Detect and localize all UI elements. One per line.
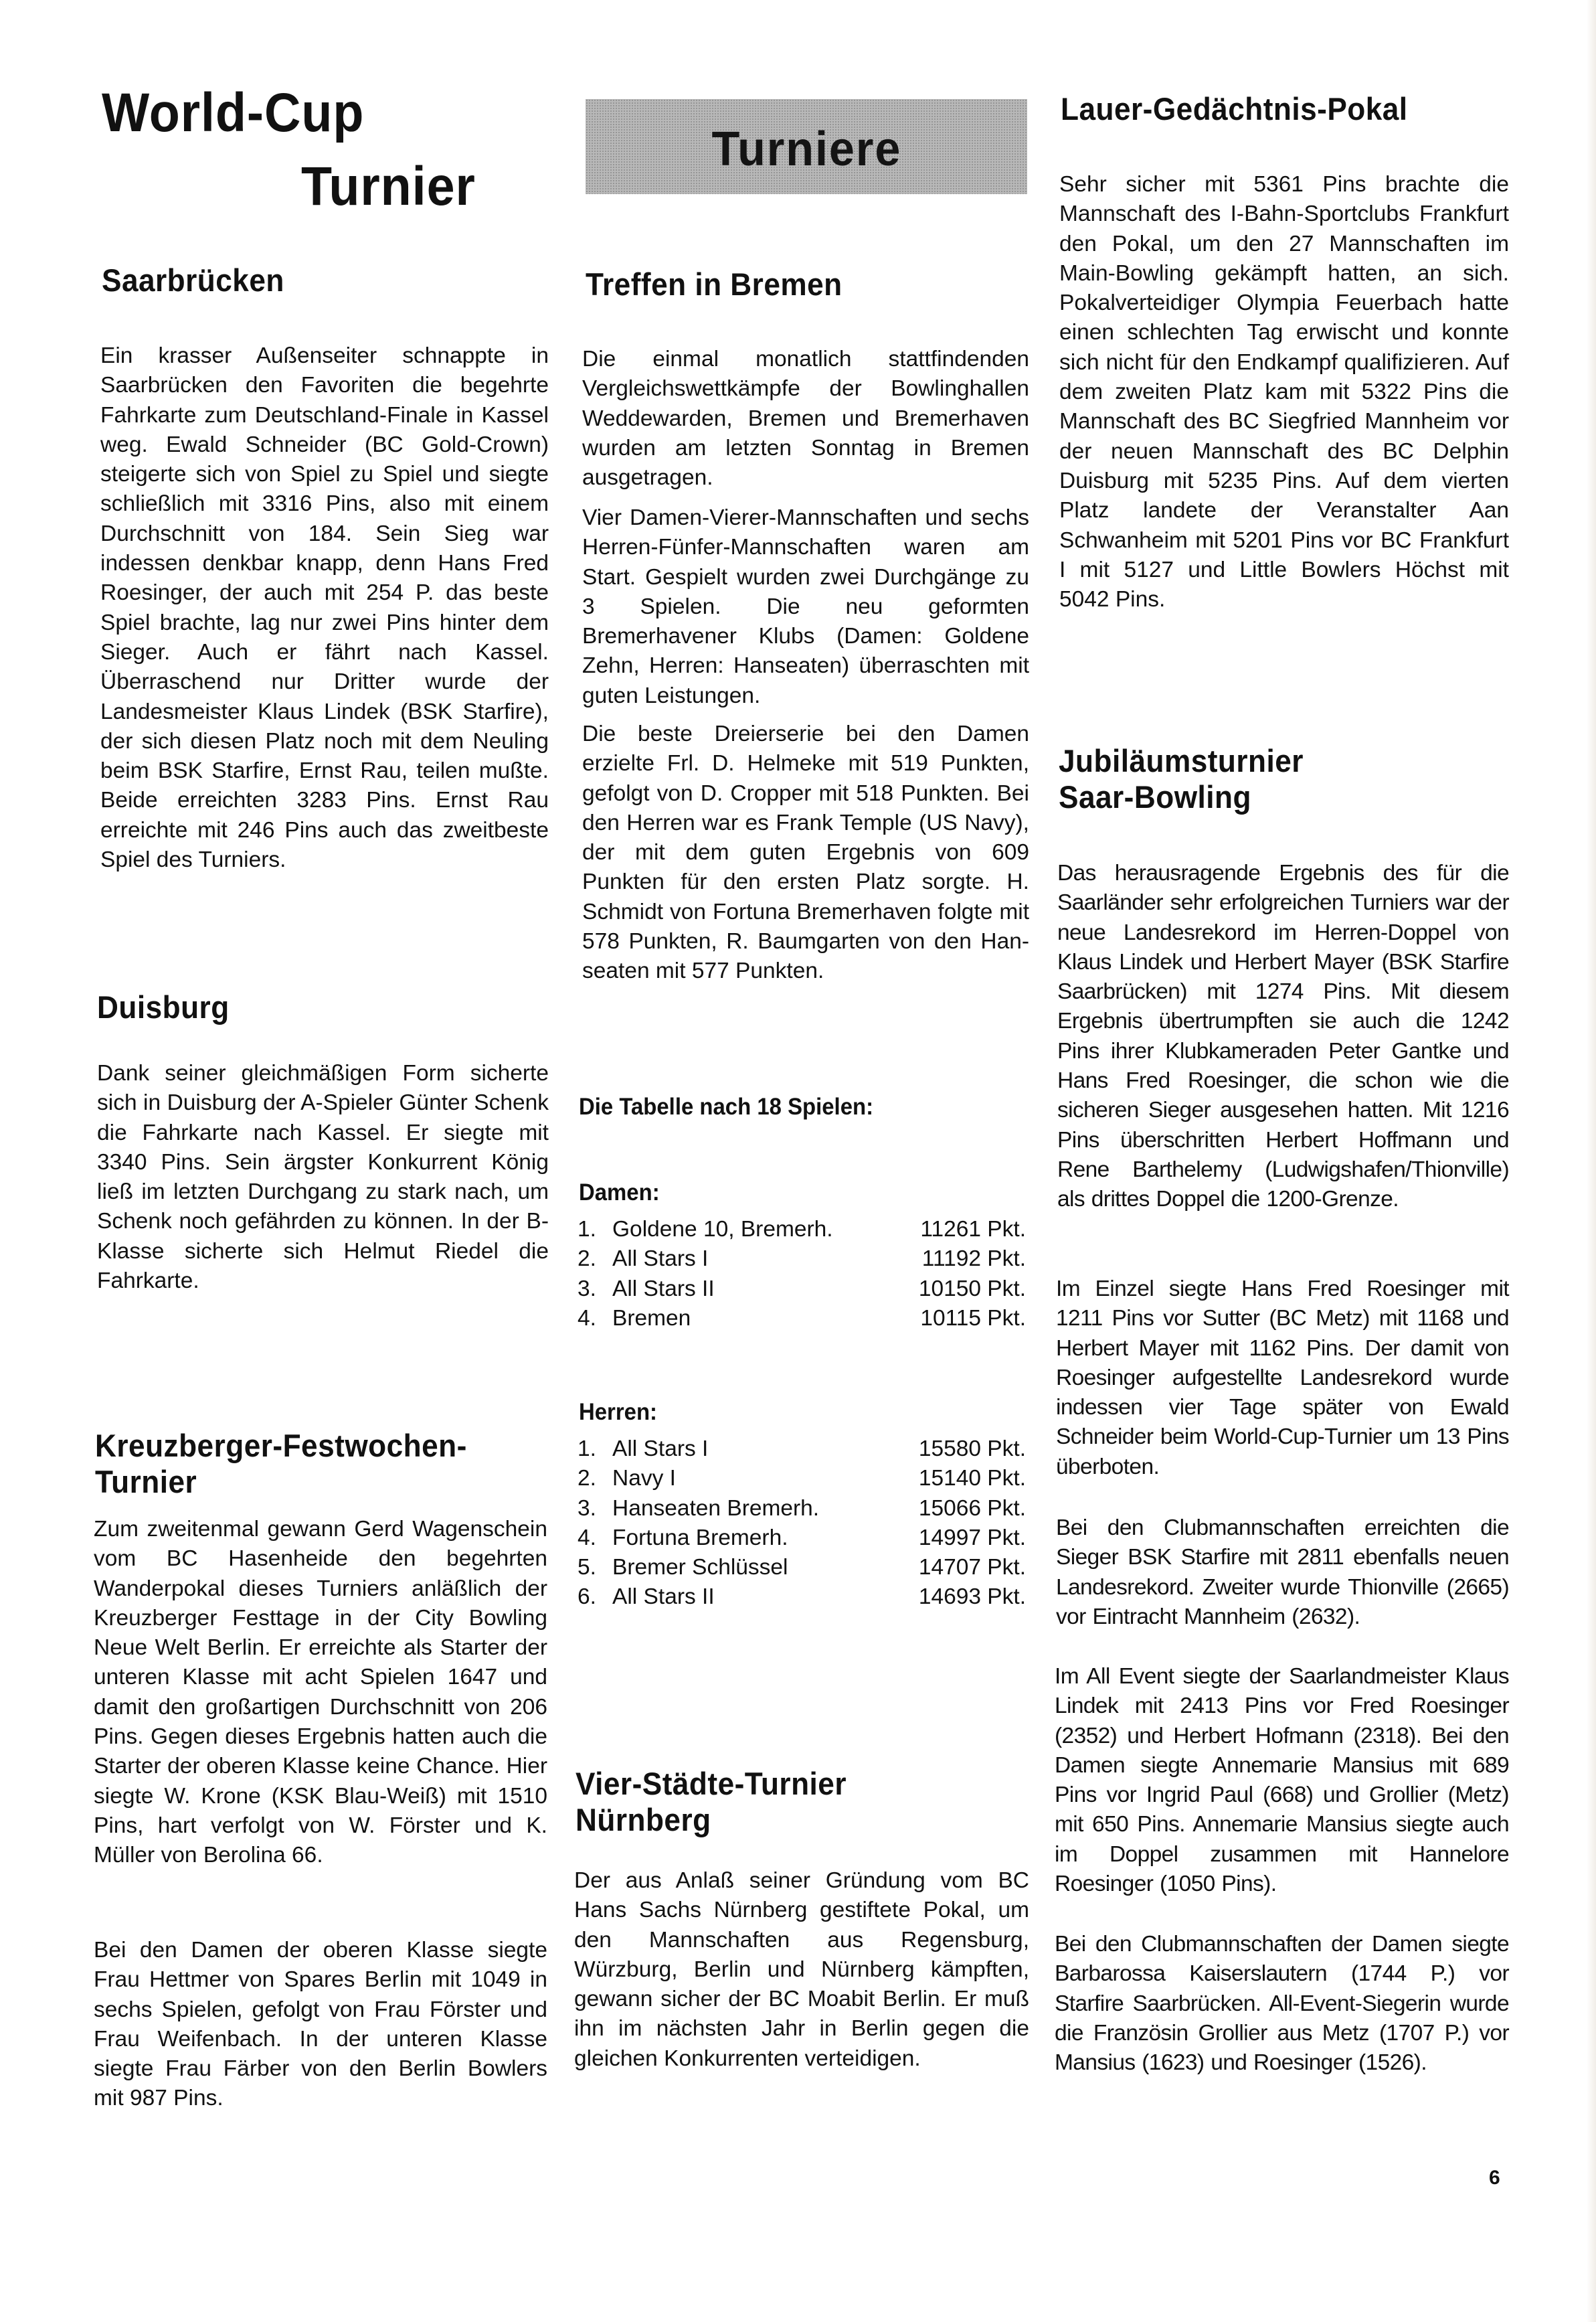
rank: 5. (578, 1553, 612, 1582)
team-name: All Stars II (612, 1276, 715, 1301)
rank: 2. (578, 1464, 612, 1493)
points: 10115 Pkt. (920, 1304, 1026, 1333)
table-row: 4.Bremen10115 Pkt. (578, 1304, 1026, 1333)
points: 15066 Pkt. (919, 1494, 1026, 1523)
table-row: 2.Navy I15140 Pkt. (578, 1464, 1026, 1493)
team-name: Navy I (612, 1466, 676, 1491)
page-title-line-1: World-Cup (102, 86, 364, 141)
team-name: Hanseaten Bremerh. (612, 1496, 819, 1521)
table-row: 3.Hanseaten Bremerh.15066 Pkt. (578, 1494, 1026, 1523)
team-name: All Stars I (612, 1246, 708, 1271)
table-row: 1.Goldene 10, Bremerh.11261 Pkt. (578, 1215, 1026, 1244)
article-paragraph: Die einmal monatlich stattfindenden Verg… (582, 345, 1029, 493)
table-title: Die Tabelle nach 18 Spielen: (579, 1094, 873, 1121)
article-heading-line-2: Saar-Bowling (1059, 779, 1251, 815)
standings-table-damen: 1.Goldene 10, Bremerh.11261 Pkt. 2.All S… (578, 1215, 1026, 1333)
article-paragraph: Der aus Anlaß seiner Gründung vom BC Han… (574, 1866, 1029, 2074)
article-heading: Treffen in Bremen (586, 266, 843, 303)
table-row: 6.All Stars II14693 Pkt. (578, 1582, 1026, 1612)
article-paragraph: Sehr sicher mit 5361 Pins brachte die Ma… (1059, 170, 1509, 614)
article-heading: Saarbrücken (102, 262, 284, 299)
points: 11261 Pkt. (920, 1215, 1026, 1244)
article-paragraph: Bei den Clubmannschaften der Damen siegt… (1055, 1930, 1509, 2078)
table-row: 5.Bremer Schlüssel14707 Pkt. (578, 1553, 1026, 1582)
rank: 3. (578, 1274, 612, 1304)
rank: 3. (578, 1494, 612, 1523)
table-group-label-damen: Damen: (579, 1179, 660, 1206)
points: 14997 Pkt. (919, 1523, 1026, 1553)
team-name: Bremen (612, 1306, 691, 1331)
section-banner: Turniere (586, 99, 1027, 194)
article-paragraph: Die beste Dreierserie bei den Damen erzi… (582, 720, 1029, 987)
points: 14693 Pkt. (919, 1582, 1026, 1612)
article-paragraph: Bei den Clubmannschaften erreichten die … (1056, 1513, 1509, 1632)
team-name: All Stars II (612, 1584, 715, 1609)
article-paragraph: Vier Damen-Vierer-Mannschaften und sechs… (582, 503, 1029, 711)
rank: 4. (578, 1304, 612, 1333)
article-heading-line-1: Kreuzberger-Festwochen- (95, 1428, 467, 1464)
points: 15580 Pkt. (919, 1434, 1026, 1464)
banner-title: Turniere (711, 122, 901, 177)
page-number: 6 (1489, 2167, 1500, 2189)
article-heading: Lauer-Gedächtnis-Pokal (1061, 91, 1408, 127)
team-name: Fortuna Bremerh. (612, 1525, 788, 1550)
article-paragraph: Ein krasser Außenseiter schnappte in Saa… (100, 341, 549, 875)
rank: 1. (578, 1434, 612, 1464)
article-heading-line-1: Vier-Städte-Turnier (575, 1766, 847, 1802)
article-heading-line-1: Jubiläumsturnier (1059, 743, 1304, 779)
article-heading: Duisburg (97, 989, 230, 1025)
team-name: All Stars I (612, 1436, 708, 1461)
points: 14707 Pkt. (919, 1553, 1026, 1582)
article-paragraph: Das herausragende Ergebnis des für die S… (1057, 859, 1509, 1215)
article-paragraph: Bei den Damen der oberen Klasse siegte F… (94, 1936, 547, 2114)
article-paragraph: Im Einzel siegte Hans Fred Roesinger mit… (1056, 1274, 1509, 1482)
points: 15140 Pkt. (919, 1464, 1026, 1493)
rank: 4. (578, 1523, 612, 1553)
article-paragraph: Zum zweitenmal gewann Gerd Wagen­schein … (94, 1515, 547, 1871)
team-name: Bremer Schlüssel (612, 1555, 788, 1580)
table-row: 3.All Stars II10150 Pkt. (578, 1274, 1026, 1304)
table-row: 4.Fortuna Bremerh.14997 Pkt. (578, 1523, 1026, 1553)
rank: 6. (578, 1582, 612, 1612)
points: 10150 Pkt. (919, 1274, 1026, 1304)
points: 11192 Pkt. (922, 1244, 1026, 1274)
article-paragraph: Im All Event siegte der Saarlandmeister … (1055, 1662, 1509, 1899)
page-edge-shadow (1587, 0, 1596, 2322)
table-row: 2.All Stars I11192 Pkt. (578, 1244, 1026, 1274)
article-heading-line-2: Turnier (95, 1464, 197, 1500)
team-name: Goldene 10, Bremerh. (612, 1217, 833, 1242)
rank: 1. (578, 1215, 612, 1244)
table-group-label-herren: Herren: (579, 1399, 657, 1426)
rank: 2. (578, 1244, 612, 1274)
table-row: 1.All Stars I15580 Pkt. (578, 1434, 1026, 1464)
standings-table-herren: 1.All Stars I15580 Pkt. 2.Navy I15140 Pk… (578, 1434, 1026, 1612)
article-heading-line-2: Nürnberg (575, 1802, 711, 1838)
page-title-line-2: Turnier (301, 159, 476, 214)
article-paragraph: Dank seiner gleichmäßigen Form sicher­te… (97, 1059, 549, 1296)
